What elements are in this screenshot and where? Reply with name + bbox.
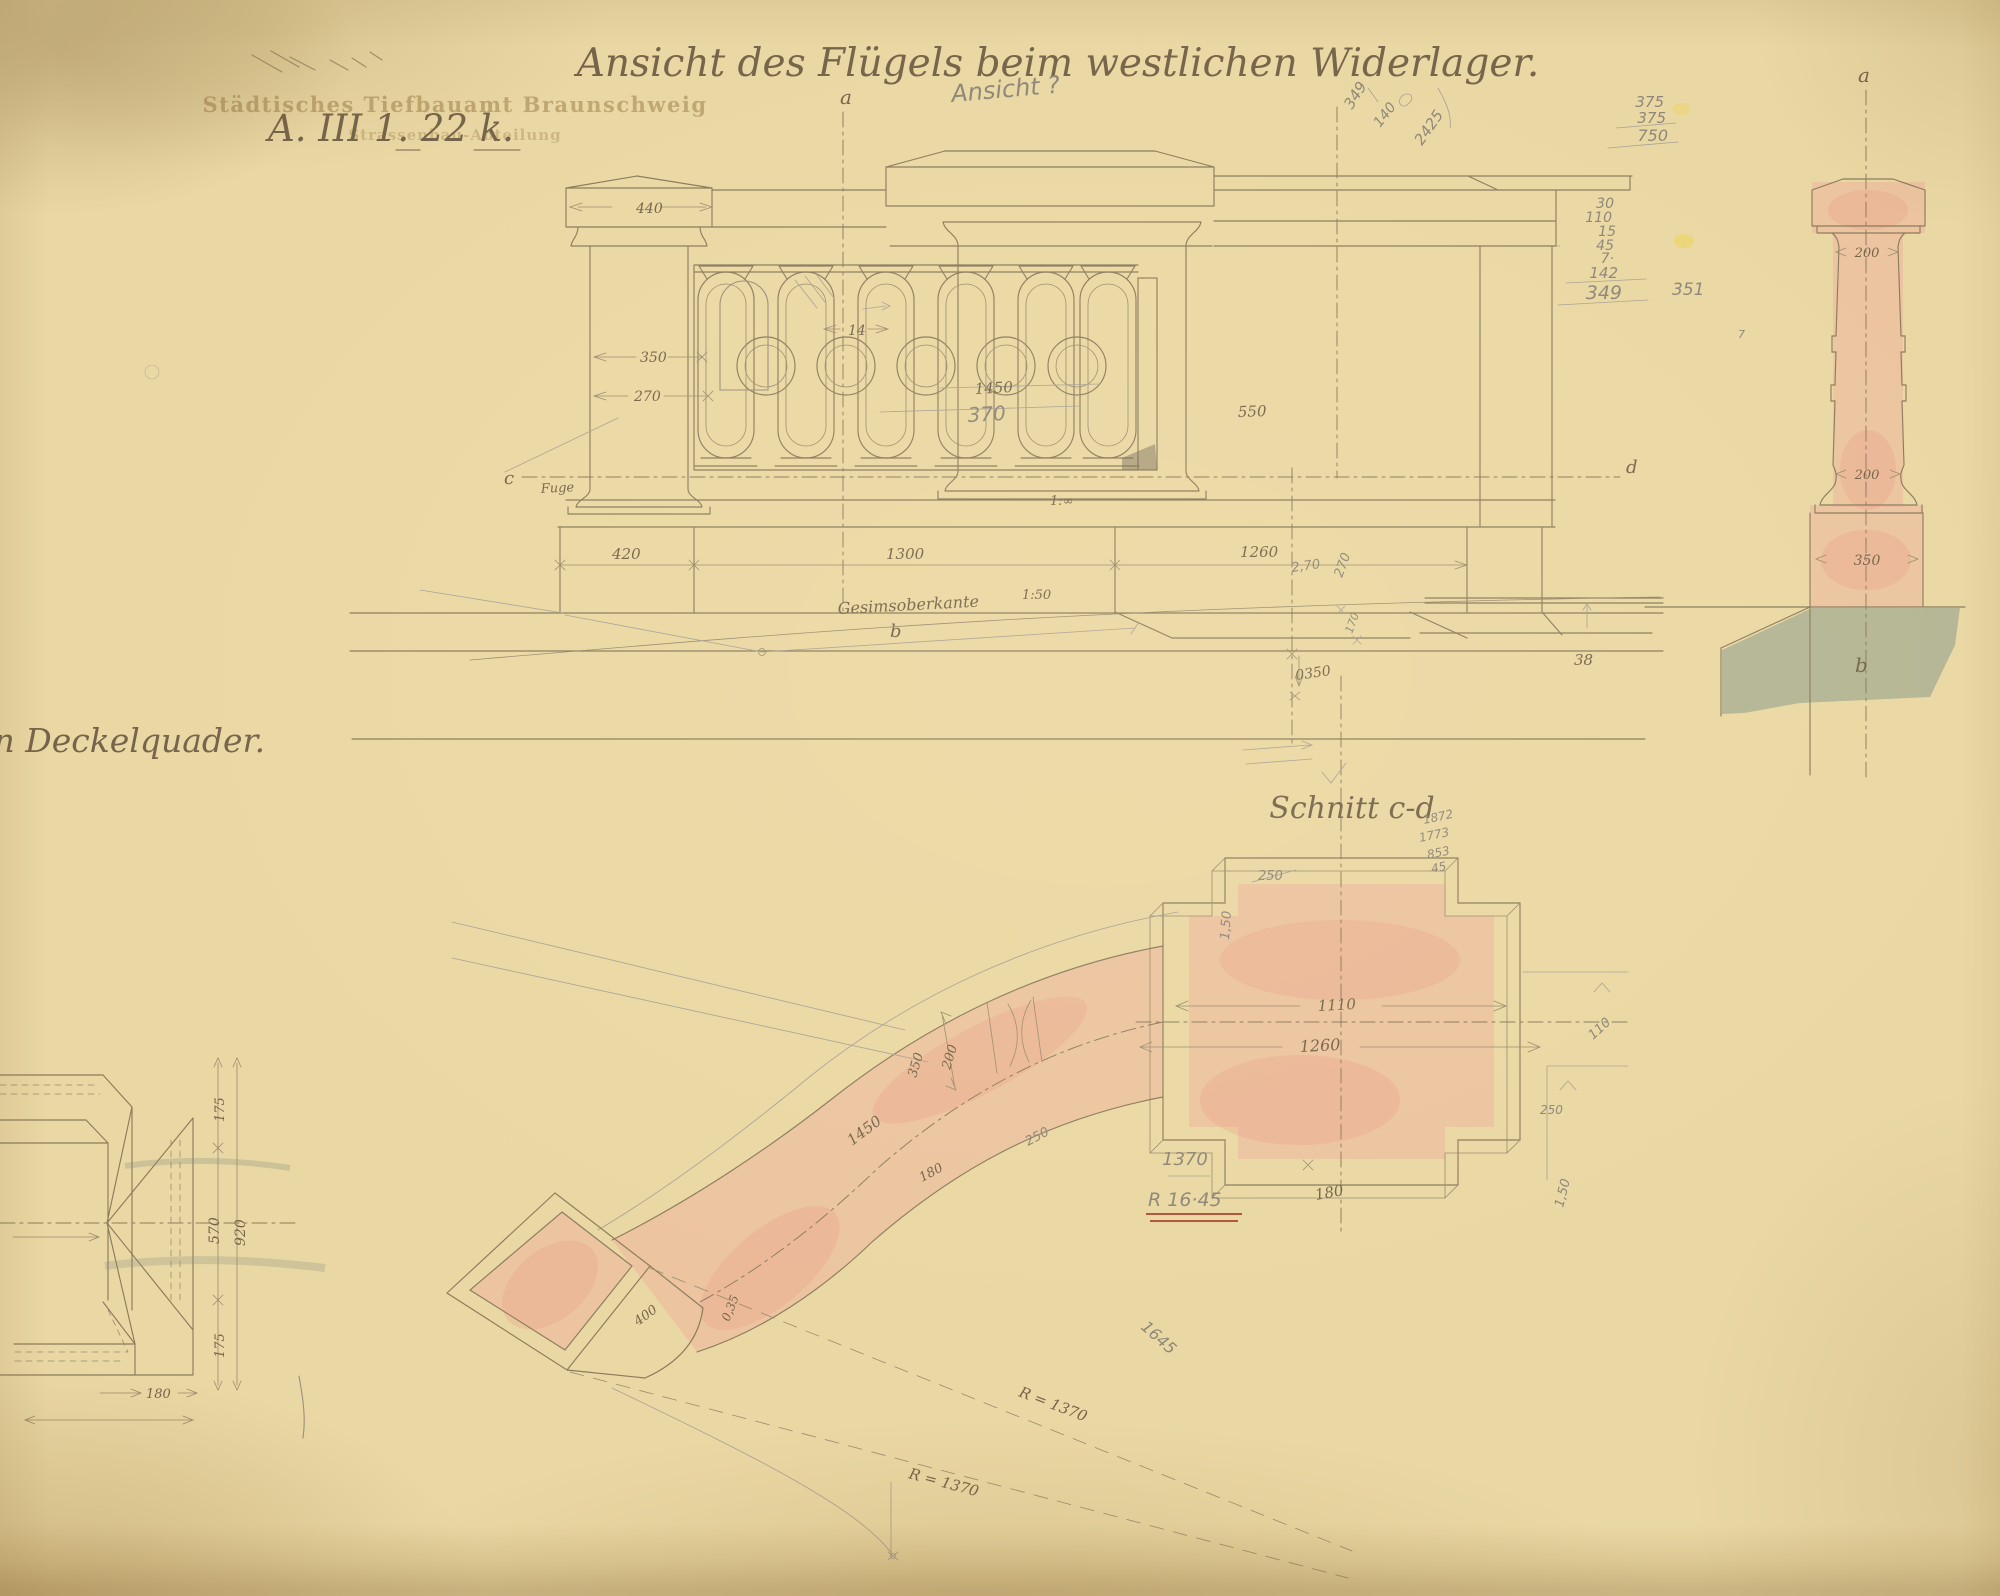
- pencil-1645: 1645: [1137, 1317, 1180, 1358]
- calc-right-row6: 142: [1589, 264, 1618, 282]
- joint-hatch-strip: [1138, 278, 1157, 470]
- baluster-pencil-7: 7: [1738, 328, 1745, 341]
- construction-diagonals: [420, 418, 1591, 652]
- dim-270: 270: [633, 389, 661, 405]
- chain-circles: [737, 337, 1106, 395]
- gesims-label: Gesimsoberkante: [837, 592, 979, 618]
- joint-dark-wedge: [1122, 444, 1157, 470]
- deckel-dim-175-bottom: 175: [213, 1333, 228, 1358]
- center-axes: [522, 107, 1620, 745]
- paper-spot-2: [1674, 234, 1694, 248]
- cross-dim-1260: 1260: [1299, 1035, 1341, 1056]
- dim-270b: 270: [1332, 551, 1355, 579]
- section-title: Schnitt c-d: [1269, 791, 1434, 826]
- pencil-150b: 1,50: [1552, 1177, 1574, 1209]
- pencil-250b: 250: [1258, 869, 1283, 884]
- scale-note: 1:∞: [1050, 494, 1073, 509]
- paper-spot-1: [1672, 103, 1690, 115]
- dim-38: 38: [1574, 651, 1593, 669]
- radius-center-marks: [888, 1482, 898, 1560]
- dim-270a: 2,70: [1290, 557, 1321, 576]
- pencil-radius-1645: R 16·45: [1148, 1189, 1222, 1211]
- baluster-axis-a: a: [1858, 63, 1870, 87]
- stray-pencil-stroke: [299, 1376, 304, 1438]
- axis-label-a: a: [840, 85, 852, 109]
- radius-label-1: R = 1370: [1016, 1383, 1091, 1426]
- header: Städtisches Tiefbauamt Braunschweig Stra…: [202, 41, 1539, 150]
- baluster-axis-b: b: [1855, 653, 1868, 677]
- cross-wash-blotch2: [1200, 1055, 1400, 1145]
- radius-label-2: R = 1370: [906, 1464, 981, 1500]
- pencil-stack-3: 853: [1426, 843, 1451, 861]
- drawing-number: A. III 1. 22 k.: [265, 107, 514, 150]
- pencil-110: 110: [1586, 1015, 1614, 1043]
- deckel-dim-175-top: 175: [213, 1097, 228, 1122]
- baluster-dim-350: 350: [1854, 553, 1881, 569]
- balustrade-frame: [694, 265, 1138, 470]
- drawing-canvas: Städtisches Tiefbauamt Braunschweig Stra…: [0, 0, 2000, 1596]
- dim-420: 420: [611, 545, 641, 563]
- pencil-smudge-2: [105, 1260, 325, 1268]
- dim-440: 440: [635, 201, 663, 217]
- stray-pencil-circle: [145, 365, 159, 379]
- pencil-stack-2: 1773: [1418, 825, 1451, 845]
- pencil-150: 1,50: [1218, 910, 1235, 940]
- pencil-250c: 250: [1540, 1103, 1563, 1117]
- pencil-370: 370: [967, 401, 1006, 427]
- baluster-dim-200-top: 200: [1854, 246, 1880, 261]
- pencil-scribble-2425: 2425: [1411, 107, 1448, 149]
- gesims-scale: 1:50: [1022, 588, 1051, 603]
- pencil-shaded-arch: [720, 281, 768, 390]
- dim-14: 14: [848, 323, 866, 339]
- baluster-ovals-outer: [698, 272, 1136, 458]
- scanned-drawing-sheet: Städtisches Tiefbauamt Braunschweig Stra…: [0, 0, 2000, 1596]
- red-underline: [1146, 1214, 1242, 1221]
- calc-top-sum: 750: [1637, 126, 1668, 145]
- dim-550: 550: [1238, 402, 1268, 421]
- pencil-calculation-top: 375 375 750: [1608, 93, 1678, 148]
- deckelquader-solid-lines: [0, 1075, 193, 1375]
- dim-0350: 0350: [1294, 663, 1332, 684]
- dim-1450: 1450: [974, 378, 1014, 398]
- cornice-wash: [1722, 608, 1960, 714]
- cross-wash-blotch1: [1220, 920, 1460, 1000]
- dim-170: 170: [1343, 611, 1362, 635]
- baluster-section-view: a 200 200 350 b 7: [1645, 63, 1965, 778]
- dim-1300: 1300: [886, 545, 925, 563]
- pencil-smudge-1: [125, 1161, 290, 1168]
- baluster-dim-200-bottom: 200: [1854, 468, 1880, 483]
- pencil-scribble-140: 140: [1371, 99, 1400, 130]
- calc-right-sum: 349: [1586, 282, 1622, 304]
- deckel-dim-180: 180: [146, 1387, 171, 1402]
- block-dim-400: 400: [631, 1303, 661, 1330]
- baluster-ovals-inner: [706, 284, 1128, 446]
- deckelquader-caption: en Deckelquader.: [0, 721, 265, 760]
- pencil-calculation-right: 30 110 15 45 7· 142 349 351: [1548, 196, 1704, 305]
- axis-label-d: d: [1626, 457, 1638, 478]
- axis-label-c: c: [504, 468, 514, 489]
- panel-pencil-marks: [795, 274, 1100, 412]
- dim-350: 350: [640, 350, 667, 366]
- baluster-feet: [695, 458, 1139, 466]
- ink-smudge: [252, 51, 382, 72]
- deckelquader-plan: en Deckelquader. 175 570 920 175 180: [0, 721, 325, 1438]
- fuge-label: Fuge: [539, 480, 574, 497]
- axis-label-b: b: [890, 621, 902, 642]
- deckel-dim-920: 920: [233, 1219, 249, 1246]
- section-plan: Schnitt c-d 1110 1260 180 350: [447, 676, 1630, 1578]
- pencil-note-351: 351: [1672, 280, 1704, 300]
- dim-1260: 1260: [1240, 543, 1279, 561]
- cross-dim-1110: 1110: [1317, 995, 1357, 1015]
- elevation-drawing: a c d b Fuge: [145, 85, 1663, 745]
- pencil-1370: 1370: [1162, 1149, 1208, 1170]
- deckel-dim-570: 570: [207, 1217, 223, 1244]
